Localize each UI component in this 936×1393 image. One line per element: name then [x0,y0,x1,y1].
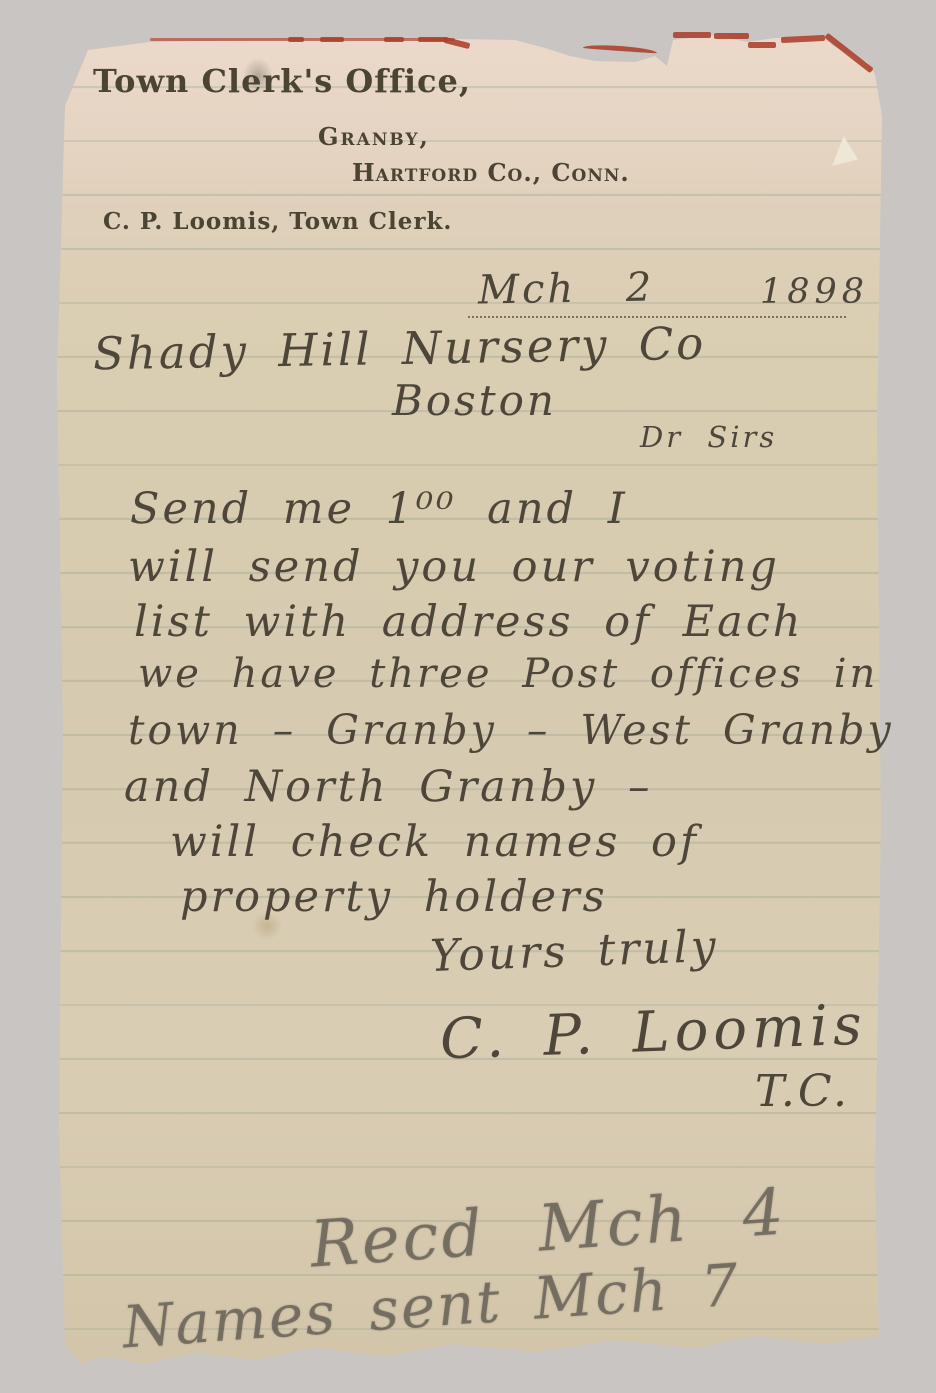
red-edge-mark [288,37,304,42]
date-year: 1898 [760,272,869,312]
red-edge-mark [748,42,776,48]
body-line: we have three Post offices in [138,651,878,697]
body-line: will send you our voting [128,542,780,592]
red-edge-mark [673,32,711,38]
red-edge-mark [384,37,404,42]
body-line: list with address of Each [134,597,804,647]
letterhead-county-line: Hartford Co., Conn. [352,158,630,187]
red-edge-mark [714,33,749,39]
salutation: Dr Sirs [640,420,777,454]
body-line: Send me 1⁰⁰ and I [130,484,628,534]
red-edge-mark [320,37,344,42]
body-line: and North Granby – [124,762,652,812]
recipient-city: Boston [392,376,557,425]
red-edge-mark [583,43,657,53]
body-line: town – Granby – West Granby [128,706,894,754]
signature-title: T.C. [755,1066,850,1117]
letterhead-town-line: Granby, [318,122,430,151]
recipient-name: Shady Hill Nursery Co [93,317,707,381]
body-line: will check names of [170,817,699,867]
letterhead-office-line: Town Clerk's Office, [93,62,471,100]
date-month-day: Mch 2 [478,264,655,313]
body-line: property holders [180,872,608,922]
letter-photograph: Town Clerk's Office, Granby, Hartford Co… [0,0,936,1393]
letterhead-clerk-line: C. P. Loomis, Town Clerk. [103,208,452,235]
valediction: Yours truly [429,921,719,982]
